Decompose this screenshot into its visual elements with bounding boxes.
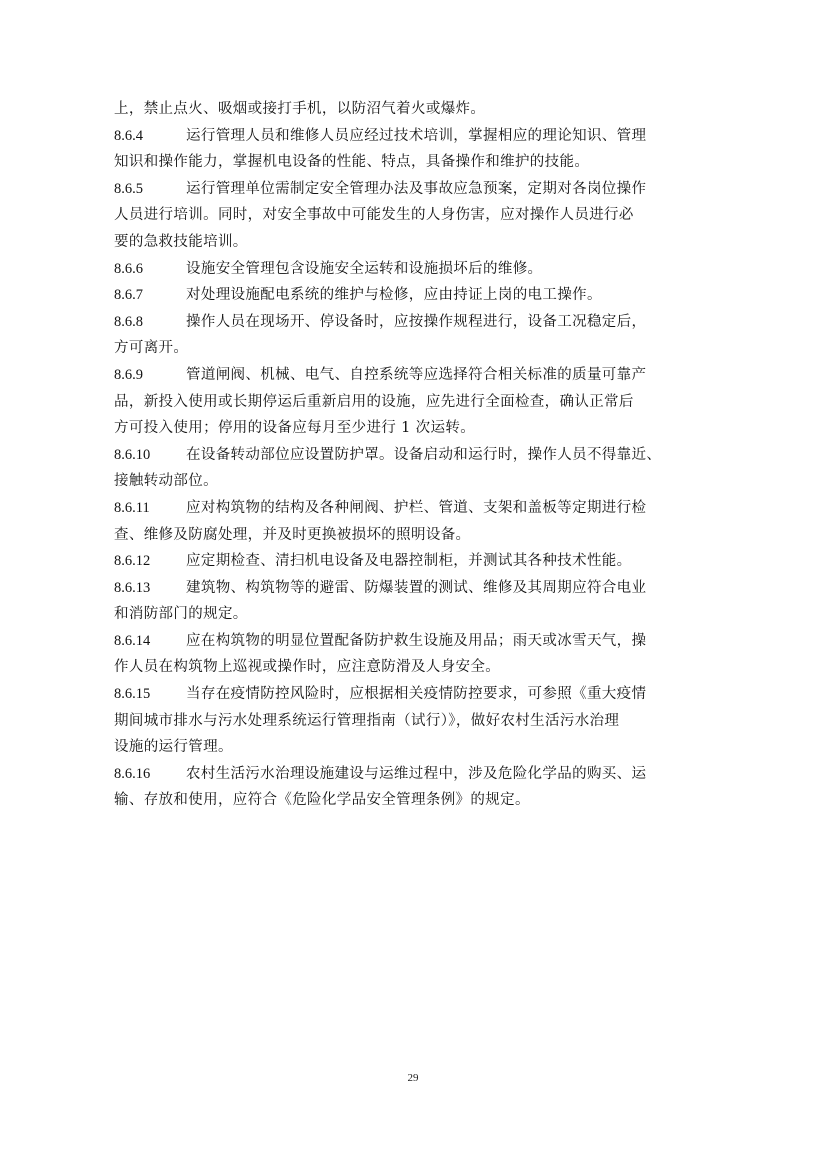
text-line: 8.6.11应对构筑物的结构及各种闸阀、护栏、管道、支架和盖板等定期进行检 <box>114 495 714 522</box>
clause-text: 输、存放和使用，应符合《危险化学品安全管理条例》的规定。 <box>114 792 530 808</box>
clause-number: 8.6.10 <box>114 442 186 469</box>
clause-text: 方可投入使用；停用的设备应每月至少进行 1 次运转。 <box>114 420 475 436</box>
clause-text: 运行管理单位需制定安全管理办法及事故应急预案，定期对各岗位操作 <box>186 181 646 197</box>
text-line: 接触转动部位。 <box>114 468 714 495</box>
text-line: 人员进行培训。同时，对安全事故中可能发生的人身伤害，应对操作人员进行必 <box>114 202 714 229</box>
text-line: 8.6.7对处理设施配电系统的维护与检修，应由持证上岗的电工操作。 <box>114 282 714 309</box>
text-line: 8.6.12应定期检查、清扫机电设备及电器控制柜，并测试其各种技术性能。 <box>114 548 714 575</box>
clause-text: 管道闸阀、机械、电气、自控系统等应选择符合相关标准的质量可靠产 <box>186 367 646 383</box>
text-line: 上，禁止点火、吸烟或接打手机，以防沼气着火或爆炸。 <box>114 96 714 123</box>
clause-number: 8.6.13 <box>114 575 186 602</box>
text-line: 输、存放和使用，应符合《危险化学品安全管理条例》的规定。 <box>114 787 714 814</box>
clause-text: 应在构筑物的明显位置配备防护救生设施及用品；雨天或冰雪天气，操 <box>186 633 646 649</box>
text-line: 和消防部门的规定。 <box>114 601 714 628</box>
text-line: 方可离开。 <box>114 335 714 362</box>
clause-text: 和消防部门的规定。 <box>114 606 248 622</box>
clause-number: 8.6.15 <box>114 681 186 708</box>
clause-number: 8.6.6 <box>114 256 186 283</box>
clause-text: 接触转动部位。 <box>114 473 218 489</box>
clause-text: 人员进行培训。同时，对安全事故中可能发生的人身伤害，应对操作人员进行必 <box>114 207 634 223</box>
clause-text: 要的急救技能培训。 <box>114 234 248 250</box>
text-line: 8.6.13建筑物、构筑物等的避雷、防爆装置的测试、维修及其周期应符合电业 <box>114 575 714 602</box>
text-line: 期间城市排水与污水处理系统运行管理指南（试行）》，做好农村生活污水治理 <box>114 708 714 735</box>
text-line: 要的急救技能培训。 <box>114 229 714 256</box>
page-number: 29 <box>0 1072 826 1084</box>
clause-text: 作人员在构筑物上巡视或操作时，应注意防滑及人身安全。 <box>114 659 500 675</box>
text-line: 8.6.14应在构筑物的明显位置配备防护救生设施及用品；雨天或冰雪天气，操 <box>114 628 714 655</box>
clause-text: 对处理设施配电系统的维护与检修，应由持证上岗的电工操作。 <box>186 287 602 303</box>
clause-text: 运行管理人员和维修人员应经过技术培训，掌握相应的理论知识、管理 <box>186 128 646 144</box>
clause-number: 8.6.16 <box>114 761 186 788</box>
clause-text: 查、维修及防腐处理，并及时更换被损坏的照明设备。 <box>114 527 470 543</box>
clause-text: 当存在疫情防控风险时，应根据相关疫情防控要求，可参照《重大疫情 <box>186 686 646 702</box>
clause-text: 设施的运行管理。 <box>114 739 233 755</box>
text-line: 8.6.5运行管理单位需制定安全管理办法及事故应急预案，定期对各岗位操作 <box>114 176 714 203</box>
clause-number: 8.6.14 <box>114 628 186 655</box>
clause-number: 8.6.9 <box>114 362 186 389</box>
clause-number: 8.6.8 <box>114 309 186 336</box>
text-line: 设施的运行管理。 <box>114 734 714 761</box>
text-line: 8.6.6设施安全管理包含设施安全运转和设施损坏后的维修。 <box>114 256 714 283</box>
text-line: 8.6.16农村生活污水治理设施建设与运维过程中，涉及危险化学品的购买、运 <box>114 761 714 788</box>
text-line: 8.6.8操作人员在现场开、停设备时，应按操作规程进行，设备工况稳定后， <box>114 309 714 336</box>
clause-text: 品，新投入使用或长期停运后重新启用的设施，应先进行全面检查，确认正常后 <box>114 394 634 410</box>
clause-text: 上，禁止点火、吸烟或接打手机，以防沼气着火或爆炸。 <box>114 101 485 117</box>
clause-text: 应定期检查、清扫机电设备及电器控制柜，并测试其各种技术性能。 <box>186 553 632 569</box>
clause-number: 8.6.5 <box>114 176 186 203</box>
text-line: 8.6.15当存在疫情防控风险时，应根据相关疫情防控要求，可参照《重大疫情 <box>114 681 714 708</box>
clause-number: 8.6.11 <box>114 495 186 522</box>
text-line: 方可投入使用；停用的设备应每月至少进行 1 次运转。 <box>114 415 714 442</box>
clause-text: 应对构筑物的结构及各种闸阀、护栏、管道、支架和盖板等定期进行检 <box>186 500 646 516</box>
clause-text: 知识和操作能力，掌握机电设备的性能、特点，具备操作和维护的技能。 <box>114 154 589 170</box>
clause-text: 期间城市排水与污水处理系统运行管理指南（试行）》，做好农村生活污水治理 <box>114 713 619 729</box>
text-line: 8.6.10在设备转动部位应设置防护罩。设备启动和运行时，操作人员不得靠近、 <box>114 442 714 469</box>
clause-text: 在设备转动部位应设置防护罩。设备启动和运行时，操作人员不得靠近、 <box>186 447 661 463</box>
text-line: 作人员在构筑物上巡视或操作时，应注意防滑及人身安全。 <box>114 654 714 681</box>
clause-text: 方可离开。 <box>114 340 188 356</box>
clause-number: 8.6.12 <box>114 548 186 575</box>
document-body: 上，禁止点火、吸烟或接打手机，以防沼气着火或爆炸。 8.6.4运行管理人员和维修… <box>114 96 714 814</box>
clause-number: 8.6.4 <box>114 123 186 150</box>
clause-text: 建筑物、构筑物等的避雷、防爆装置的测试、维修及其周期应符合电业 <box>186 580 646 596</box>
text-line: 8.6.4运行管理人员和维修人员应经过技术培训，掌握相应的理论知识、管理 <box>114 123 714 150</box>
text-line: 品，新投入使用或长期停运后重新启用的设施，应先进行全面检查，确认正常后 <box>114 389 714 416</box>
text-line: 查、维修及防腐处理，并及时更换被损坏的照明设备。 <box>114 522 714 549</box>
text-line: 知识和操作能力，掌握机电设备的性能、特点，具备操作和维护的技能。 <box>114 149 714 176</box>
text-line: 8.6.9管道闸阀、机械、电气、自控系统等应选择符合相关标准的质量可靠产 <box>114 362 714 389</box>
clause-text: 农村生活污水治理设施建设与运维过程中，涉及危险化学品的购买、运 <box>186 766 646 782</box>
clause-text: 设施安全管理包含设施安全运转和设施损坏后的维修。 <box>186 261 542 277</box>
clause-text: 操作人员在现场开、停设备时，应按操作规程进行，设备工况稳定后， <box>186 314 646 330</box>
clause-number: 8.6.7 <box>114 282 186 309</box>
